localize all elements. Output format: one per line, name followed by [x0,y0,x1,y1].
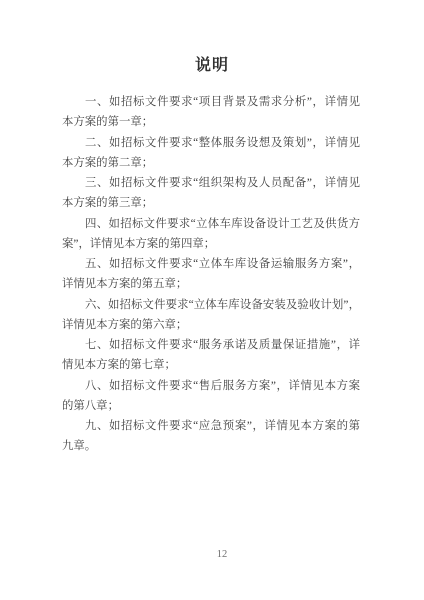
paragraph-line: 详情见本方案的第六章； [62,315,360,335]
document-page: 说明 一、如招标文件要求“项目背景及需求分析”，详情见 本方案的第一章； 二、如… [0,0,424,600]
paragraph-line: 本方案的第二章； [62,153,360,173]
paragraph-line: 九章。 [62,436,360,456]
paragraph-line: 的第八章； [62,396,360,416]
paragraph-line: 情见本方案的第七章； [62,355,360,375]
paragraph: 四、如招标文件要求“立体车库设备设计工艺及供货方 案”，详情见本方案的第四章； [62,214,360,255]
paragraph-line: 本方案的第三章； [62,193,360,213]
paragraph-line: 本方案的第一章； [62,112,360,132]
paragraph-line: 六、如招标文件要求“立体车库设备安装及验收计划”， [62,295,360,315]
paragraph: 七、如招标文件要求“服务承诺及质量保证措施”，详 情见本方案的第七章； [62,335,360,376]
paragraph-line: 案”，详情见本方案的第四章； [62,234,360,254]
paragraph-line: 八、如招标文件要求“售后服务方案”，详情见本方案 [62,376,360,396]
paragraph: 二、如招标文件要求“整体服务设想及策划”，详情见 本方案的第二章； [62,133,360,174]
document-body: 一、如招标文件要求“项目背景及需求分析”，详情见 本方案的第一章； 二、如招标文… [62,92,360,457]
paragraph: 一、如招标文件要求“项目背景及需求分析”，详情见 本方案的第一章； [62,92,360,133]
paragraph-line: 一、如招标文件要求“项目背景及需求分析”，详情见 [62,92,360,112]
paragraph: 八、如招标文件要求“售后服务方案”，详情见本方案 的第八章； [62,376,360,417]
paragraph: 九、如招标文件要求“应急预案”，详情见本方案的第 九章。 [62,416,360,457]
paragraph: 五、如招标文件要求“立体车库设备运输服务方案”， 详情见本方案的第五章； [62,254,360,295]
paragraph: 三、如招标文件要求“组织架构及人员配备”，详情见 本方案的第三章； [62,173,360,214]
paragraph-line: 七、如招标文件要求“服务承诺及质量保证措施”，详 [62,335,360,355]
page-number: 12 [10,549,424,560]
paragraph-line: 四、如招标文件要求“立体车库设备设计工艺及供货方 [62,214,360,234]
paragraph-line: 五、如招标文件要求“立体车库设备运输服务方案”， [62,254,360,274]
paragraph-line: 二、如招标文件要求“整体服务设想及策划”，详情见 [62,133,360,153]
page-title: 说明 [0,52,424,75]
paragraph: 六、如招标文件要求“立体车库设备安装及验收计划”， 详情见本方案的第六章； [62,295,360,336]
paragraph-line: 九、如招标文件要求“应急预案”，详情见本方案的第 [62,416,360,436]
paragraph-line: 详情见本方案的第五章； [62,274,360,294]
paragraph-line: 三、如招标文件要求“组织架构及人员配备”，详情见 [62,173,360,193]
